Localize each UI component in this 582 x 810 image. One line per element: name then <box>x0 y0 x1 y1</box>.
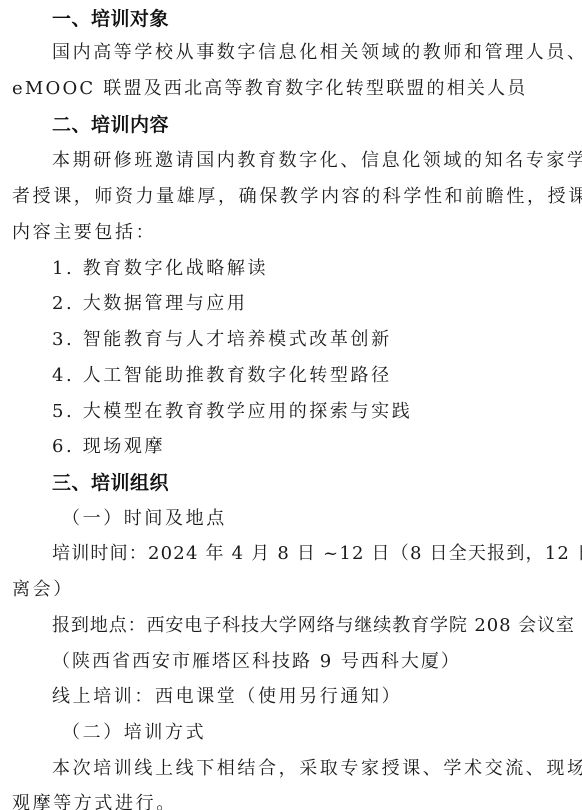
section-heading-2: 二、培训内容 <box>52 113 578 137</box>
paragraph-line: 观摩等方式进行。 <box>12 792 578 810</box>
list-item: 6. 现场观摩 <box>52 435 578 459</box>
list-item: 1. 教育数字化战略解读 <box>52 257 578 281</box>
paragraph-line: 培训时间：2024 年 4 月 8 日 ~12 日（8 日全天报到，12 日 <box>52 542 578 566</box>
section-heading-1: 一、培训对象 <box>52 7 578 31</box>
paragraph-line: 国内高等学校从事数字信息化相关领域的教师和管理人员、 <box>52 41 578 65</box>
subsection-heading-2: （二）培训方式 <box>62 721 578 745</box>
paragraph-line: 离会） <box>12 578 578 602</box>
paragraph-line: eMOOC 联盟及西北高等教育数字化转型联盟的相关人员 <box>12 77 578 101</box>
section-heading-3: 三、培训组织 <box>52 471 578 495</box>
paragraph-line: 本期研修班邀请国内教育数字化、信息化领域的知名专家学 <box>52 149 578 173</box>
list-item: 2. 大数据管理与应用 <box>52 292 578 316</box>
subsection-heading-1: （一）时间及地点 <box>62 507 578 531</box>
paragraph-line: （陕西省西安市雁塔区科技路 9 号西科大厦） <box>52 650 578 674</box>
list-item: 5. 大模型在教育教学应用的探索与实践 <box>52 400 578 424</box>
list-item: 3. 智能教育与人才培养模式改革创新 <box>52 328 578 352</box>
paragraph-line: 者授课，师资力量雄厚，确保教学内容的科学性和前瞻性，授课 <box>12 185 578 209</box>
paragraph-line: 线上培训：西电课堂（使用另行通知） <box>52 685 578 709</box>
paragraph-line: 本次培训线上线下相结合，采取专家授课、学术交流、现场 <box>52 757 578 781</box>
list-item: 4. 人工智能助推教育数字化转型路径 <box>52 364 578 388</box>
paragraph-line: 报到地点：西安电子科技大学网络与继续教育学院 208 会议室 <box>52 614 578 638</box>
paragraph-line: 内容主要包括： <box>12 221 578 245</box>
